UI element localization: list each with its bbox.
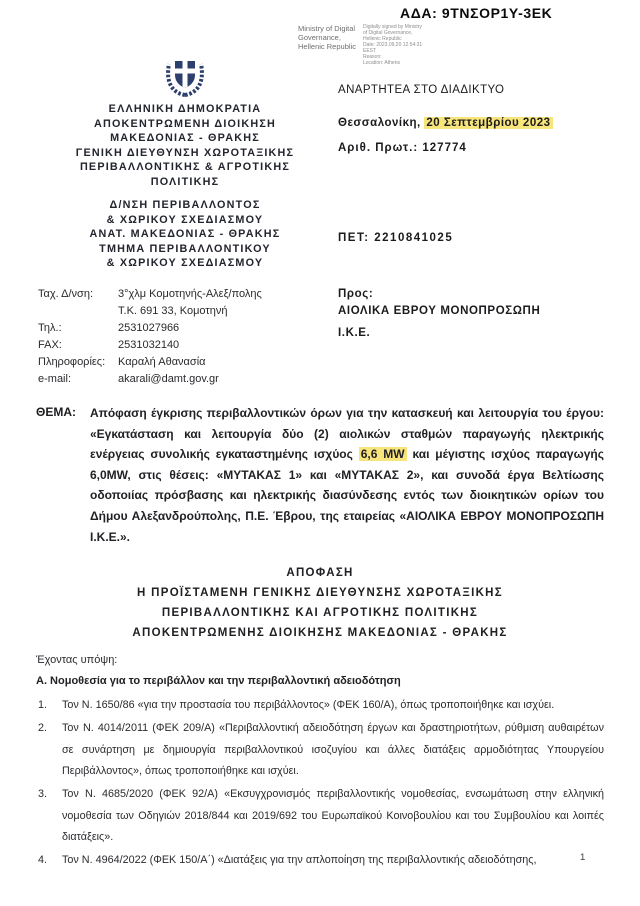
subject-text: Απόφαση έγκρισης περιβαλλοντικών όρων γι… bbox=[90, 403, 604, 547]
contact-row: FAX: 2531032140 bbox=[38, 337, 336, 354]
division-line: ΑΝΑΤ. ΜΑΚΕΔΟΝΙΑΣ - ΘΡΑΚΗΣ bbox=[34, 227, 336, 242]
contact-row: e-mail: akarali@damt.gov.gr bbox=[38, 371, 336, 388]
contact-value: 2531032140 bbox=[118, 337, 336, 354]
org-header-line: ΑΠΟΚΕΝΤΡΩΜΕΝΗ ΔΙΟΙΚΗΣΗ bbox=[34, 117, 336, 132]
contact-label: Τηλ.: bbox=[38, 320, 118, 337]
date-highlight: 20 Σεπτεμβρίου 2023 bbox=[424, 117, 552, 129]
org-header-line: ΠΟΛΙΤΙΚΗΣ bbox=[34, 175, 336, 190]
item-number: 2. bbox=[36, 718, 62, 782]
item-text: Τον Ν. 1650/86 «για την προστασία του πε… bbox=[62, 695, 604, 716]
decision-title: ΑΠΟΦΑΣΗ bbox=[36, 563, 604, 583]
contact-value: 2531027966 bbox=[118, 320, 336, 337]
item-number: 4. bbox=[36, 850, 62, 871]
subject-text-after: και μέγιστης ισχύος παραγωγής 6,0MW, στι… bbox=[90, 447, 604, 543]
item-text: Τον Ν. 4685/2020 (ΦΕΚ 92/Α) «Εκσυγχρονισ… bbox=[62, 784, 604, 848]
to-label: Προς: bbox=[338, 288, 614, 300]
subject-block: ΘΕΜΑ: Απόφαση έγκρισης περιβαλλοντικών ό… bbox=[36, 403, 604, 547]
item-text: Τον Ν. 4014/2011 (ΦΕΚ 209/Α) «Περιβαλλον… bbox=[62, 718, 604, 782]
decision-heading: ΑΠΟΦΑΣΗ Η ΠΡΟΪΣΤΑΜΕΝΗ ΓΕΝΙΚΗΣ ΔΙΕΥΘΥΝΣΗΣ… bbox=[36, 563, 604, 643]
protocol-number: Αριθ. Πρωτ.: 127774 bbox=[338, 142, 614, 154]
stamp-detail-line: Location: Athens bbox=[363, 60, 435, 66]
contact-row: Πληροφορίες: Καραλή Αθανασία bbox=[38, 354, 336, 371]
contact-value: Καραλή Αθανασία bbox=[118, 354, 336, 371]
contact-label bbox=[38, 303, 118, 320]
division-header: Δ/ΝΣΗ ΠΕΡΙΒΑΛΛΟΝΤΟΣ & ΧΩΡΙΚΟΥ ΣΧΕΔΙΑΣΜΟΥ… bbox=[34, 198, 336, 271]
division-line: Δ/ΝΣΗ ΠΕΡΙΒΑΛΛΟΝΤΟΣ bbox=[34, 198, 336, 213]
contact-block: Ταχ. Δ/νση: 3°χλμ Κομοτηνής-Αλεξ/πολης Τ… bbox=[34, 286, 336, 388]
having-regard-text: Έχοντας υπόψη: bbox=[36, 654, 604, 666]
pet-number: ΠΕΤ: 2210841025 bbox=[338, 232, 614, 244]
city-label: Θεσσαλονίκη, bbox=[338, 117, 424, 129]
ada-code: ΑΔΑ: 9ΤΝΣΟΡ1Υ-3ΕΚ bbox=[400, 5, 552, 21]
contact-row: Τ.Κ. 691 33, Κομοτηνή bbox=[38, 303, 336, 320]
hellenic-republic-emblem-icon bbox=[162, 56, 208, 98]
decision-heading-line: Η ΠΡΟΪΣΤΑΜΕΝΗ ΓΕΝΙΚΗΣ ΔΙΕΥΘΥΝΣΗΣ ΧΩΡΟΤΑΞ… bbox=[36, 583, 604, 603]
item-number: 3. bbox=[36, 784, 62, 848]
recipient-name: ΑΙΟΛΙΚΑ ΕΒΡΟΥ ΜΟΝΟΠΡΟΣΩΠΗ bbox=[338, 300, 614, 322]
contact-label: Πληροφορίες: bbox=[38, 354, 118, 371]
legal-reference-item: 1. Τον Ν. 1650/86 «για την προστασία του… bbox=[36, 695, 604, 716]
org-header-line: ΠΕΡΙΒΑΛΛΟΝΤΙΚΗΣ & ΑΓΡΟΤΙΚΗΣ bbox=[34, 160, 336, 175]
document-page: ΑΔΑ: 9ΤΝΣΟΡ1Υ-3ΕΚ Ministry of Digital Go… bbox=[0, 0, 640, 906]
legal-reference-item: 3. Τον Ν. 4685/2020 (ΦΕΚ 92/Α) «Εκσυγχρο… bbox=[36, 784, 604, 848]
item-number: 1. bbox=[36, 695, 62, 716]
meta-column: ΑΝΑΡΤΗΤΕΑ ΣΤΟ ΔΙΑΔΙΚΤΥΟ Θεσσαλονίκη, 20 … bbox=[338, 84, 614, 344]
contact-label: e-mail: bbox=[38, 371, 118, 388]
stamp-signer-line: Governance, bbox=[298, 33, 358, 42]
date-line: Θεσσαλονίκη, 20 Σεπτεμβρίου 2023 bbox=[338, 117, 614, 129]
org-header-line: ΜΑΚΕΔΟΝΙΑΣ - ΘΡΑΚΗΣ bbox=[34, 131, 336, 146]
email-value: akarali@damt.gov.gr bbox=[118, 371, 336, 388]
item-text: Τον Ν. 4964/2022 (ΦΕΚ 150/Α΄) «Διατάξεις… bbox=[62, 850, 604, 871]
recipient-suffix: Ι.Κ.Ε. bbox=[338, 322, 614, 344]
division-line: ΤΜΗΜΑ ΠΕΡΙΒΑΛΛΟΝΤΙΚΟΥ bbox=[34, 242, 336, 257]
contact-label: FAX: bbox=[38, 337, 118, 354]
contact-row: Τηλ.: 2531027966 bbox=[38, 320, 336, 337]
subject-label: ΘΕΜΑ: bbox=[36, 403, 90, 547]
contact-row: Ταχ. Δ/νση: 3°χλμ Κομοτηνής-Αλεξ/πολης bbox=[38, 286, 336, 303]
section-a-heading: Α. Νομοθεσία για το περιβάλλον και την π… bbox=[36, 675, 604, 687]
contact-value: Τ.Κ. 691 33, Κομοτηνή bbox=[118, 303, 336, 320]
publish-notice: ΑΝΑΡΤΗΤΕΑ ΣΤΟ ΔΙΑΔΙΚΤΥΟ bbox=[338, 84, 614, 96]
subject-highlight: 6,6 MW bbox=[359, 447, 407, 461]
contact-label: Ταχ. Δ/νση: bbox=[38, 286, 118, 303]
decision-heading-line: ΠΕΡΙΒΑΛΛΟΝΤΙΚΗΣ ΚΑΙ ΑΓΡΟΤΙΚΗΣ ΠΟΛΙΤΙΚΗΣ bbox=[36, 603, 604, 623]
legal-reference-item: 4. Τον Ν. 4964/2022 (ΦΕΚ 150/Α΄) «Διατάξ… bbox=[36, 850, 604, 871]
division-line: & ΧΩΡΙΚΟΥ ΣΧΕΔΙΑΣΜΟΥ bbox=[34, 256, 336, 271]
org-header-line: ΕΛΛΗΝΙΚΗ ΔΗΜΟΚΡΑΤΙΑ bbox=[34, 102, 336, 117]
organisation-header: ΕΛΛΗΝΙΚΗ ΔΗΜΟΚΡΑΤΙΑ ΑΠΟΚΕΝΤΡΩΜΕΝΗ ΔΙΟΙΚΗ… bbox=[34, 56, 336, 388]
org-header-line: ΓΕΝΙΚΗ ΔΙΕΥΘΥΝΣΗ ΧΩΡΟΤΑΞΙΚΗΣ bbox=[34, 146, 336, 161]
document-body: ΘΕΜΑ: Απόφαση έγκρισης περιβαλλοντικών ό… bbox=[36, 403, 604, 872]
contact-value: 3°χλμ Κομοτηνής-Αλεξ/πολης bbox=[118, 286, 336, 303]
division-line: & ΧΩΡΙΚΟΥ ΣΧΕΔΙΑΣΜΟΥ bbox=[34, 213, 336, 228]
legal-reference-item: 2. Τον Ν. 4014/2011 (ΦΕΚ 209/Α) «Περιβαλ… bbox=[36, 718, 604, 782]
stamp-signer-line: Hellenic Republic bbox=[298, 42, 358, 51]
legal-references-list: 1. Τον Ν. 1650/86 «για την προστασία του… bbox=[36, 695, 604, 871]
page-number: 1 bbox=[580, 852, 585, 863]
stamp-details: Digitally signed by Ministry of Digital … bbox=[363, 24, 435, 66]
stamp-signer-line: Ministry of Digital bbox=[298, 24, 358, 33]
decision-heading-line: ΑΠΟΚΕΝΤΡΩΜΕΝΗΣ ΔΙΟΙΚΗΣΗΣ ΜΑΚΕΔΟΝΙΑΣ - ΘΡ… bbox=[36, 623, 604, 643]
